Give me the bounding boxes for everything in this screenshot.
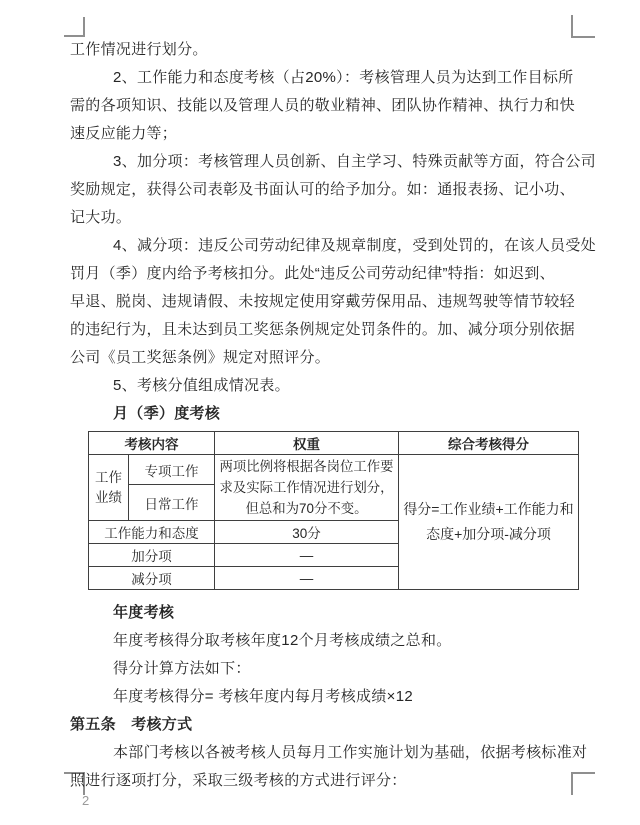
cell-ability-attitude: 工作能力和态度 [89,521,215,544]
text-line: 公司《员工奖惩条例》规定对照评分。 [70,344,582,372]
cell-daily-work: 日常工作 [129,485,215,521]
paragraph-block-top: 工作情况进行划分。2、工作能力和态度考核（占20%）：考核管理人员为达到工作目标… [70,36,582,428]
document-page: 工作情况进行划分。2、工作能力和态度考核（占20%）：考核管理人员为达到工作目标… [0,0,640,825]
table-header-weight: 权重 [215,432,399,455]
table-header-assessment-content: 考核内容 [89,432,215,455]
text-line: 5、考核分值组成情况表。 [70,372,582,400]
text-line: 早退、脱岗、违规请假、未按规定使用穿戴劳保用品、违规驾驶等情节较轻 [70,288,582,316]
page-number: 2 [82,793,89,808]
text-line: 4、减分项：违反公司劳动纪律及规章制度，受到处罚的，在该人员受处 [70,232,582,260]
text-line: 记大功。 [70,204,582,232]
text-line: 奖励规定，获得公司表彰及书面认可的给予加分。如：通报表扬、记小功、 [70,176,582,204]
cell-ability-attitude-weight: 30分 [215,521,399,544]
text-line: 本部门考核以各被考核人员每月工作实施计划为基础，依据考核标准对 [70,739,582,767]
cell-bonus-item-weight: — [215,544,399,567]
text-line: 速反应能力等； [70,120,582,148]
table-header-composite-score: 综合考核得分 [399,432,579,455]
text-line: 的违纪行为，且未达到员工奖惩条例规定处罚条件的。加、减分项分别依据 [70,316,582,344]
heading-line: 月（季）度考核 [70,400,582,428]
text-line: 3、加分项：考核管理人员创新、自主学习、特殊贡献等方面，符合公司 [70,148,582,176]
text-line: 2、工作能力和态度考核（占20%）：考核管理人员为达到工作目标所 [70,64,582,92]
cell-score-formula: 得分=工作业绩+工作能力和态度+加分项-减分项 [399,455,579,590]
cell-weight-note: 两项比例将根据各岗位工作要求及实际工作情况进行划分，但总和为70分不变。 [215,455,399,521]
text-line: 年度考核得分取考核年度12个月考核成绩之总和。 [70,627,582,655]
text-line: 年度考核得分= 考核年度内每月考核成绩×12 [70,683,582,711]
heading-line: 第五条 考核方式 [70,711,582,739]
cell-deduction-item: 减分项 [89,567,215,590]
text-line: 照进行逐项打分，采取三级考核的方式进行评分： [70,767,582,795]
text-line: 需的各项知识、技能以及管理人员的敬业精神、团队协作精神、执行力和快 [70,92,582,120]
cell-deduction-item-weight: — [215,567,399,590]
text-line: 工作情况进行划分。 [70,36,582,64]
text-line: 得分计算方法如下： [70,655,582,683]
cell-special-work: 专项工作 [129,455,215,485]
paragraph-block-bottom: 年度考核年度考核得分取考核年度12个月考核成绩之总和。得分计算方法如下：年度考核… [70,599,582,795]
heading-line: 年度考核 [70,599,582,627]
assessment-score-table: 考核内容 权重 综合考核得分 工作业绩 专项工作 两项比例将根据各岗位工作要求及… [88,431,579,590]
cell-work-performance: 工作业绩 [89,455,129,521]
document-content: 工作情况进行划分。2、工作能力和态度考核（占20%）：考核管理人员为达到工作目标… [70,0,582,795]
cell-bonus-item: 加分项 [89,544,215,567]
text-line: 罚月（季）度内给予考核扣分。此处“违反公司劳动纪律”特指：如迟到、 [70,260,582,288]
